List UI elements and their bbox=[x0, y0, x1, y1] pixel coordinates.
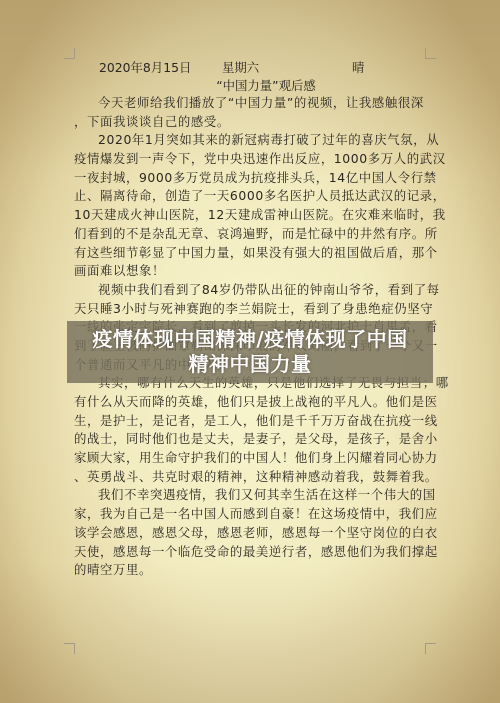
essay-line: 天只睡3小时与死神赛跑的李兰娟院士，看到了身患绝症仍坚守 bbox=[74, 300, 434, 319]
essay-line: 10天建成火神山医院，12天建成雷神山医院。在灾难来临时，我 bbox=[74, 206, 434, 225]
essay-line: 2020年1月突如其来的新冠病毒打破了过年的喜庆气氛，从 bbox=[74, 131, 434, 150]
essay-line: 一夜封城，9000多万党员成为抗疫排头兵，14亿中国人令行禁 bbox=[74, 169, 434, 188]
essay-line: 止、隔离待命，创造了一天6000多名医护人员抵达武汉的记录， bbox=[74, 187, 434, 206]
essay-line: 我们不幸突遇疫情，我们又何其幸生活在这样一个伟大的国 bbox=[74, 486, 434, 505]
diary-weekday: 星期六 bbox=[222, 59, 259, 77]
essay-line: 家顾大家，用生命守护我们的中国人！他们身上闪耀着同心协力 bbox=[74, 449, 434, 468]
caption-line-2: 精神中国力量 bbox=[67, 352, 433, 377]
essay-line: 今天老师给我们播放了“中国力量”的视频，让我感触很深 bbox=[74, 94, 434, 113]
essay-line: 、英勇战斗、共克时艰的精神，这种精神感动着我，鼓舞着我。 bbox=[74, 468, 434, 487]
essay-line: 的晴空万里。 bbox=[74, 561, 434, 580]
corner-mark-top-left bbox=[64, 48, 75, 59]
corner-mark-top-right bbox=[425, 48, 436, 59]
corner-mark-bottom-right bbox=[425, 643, 436, 654]
essay-line: ，下面我谈谈自己的感受。 bbox=[74, 113, 434, 132]
diary-header: 2020年8月15日 星期六 晴 bbox=[74, 59, 434, 77]
essay-line: 生，是护士，是记者，是工人，他们是千千万万奋战在抗疫一线 bbox=[74, 412, 434, 431]
caption-text: 疫情体现中国精神/疫情体现了中国 精神中国力量 bbox=[67, 321, 433, 377]
diary-date: 2020年8月15日 bbox=[99, 59, 191, 77]
essay-line: 的战士，同时他们也是丈夫，是妻子，是父母，是孩子，是舍小 bbox=[74, 430, 434, 449]
essay-line: 有这些细节彰显了中国力量，如果没有强大的祖国做后盾，那个 bbox=[74, 244, 434, 263]
essay-line: 画面难以想象！ bbox=[74, 262, 434, 281]
caption-line-1: 疫情体现中国精神/疫情体现了中国 bbox=[67, 327, 433, 352]
essay-line: 们看到的不是杂乱无章、哀鸿遍野，而是忙碌中的井然有序。所 bbox=[74, 225, 434, 244]
essay-line: 有什么从天而降的英雄，他们只是披上战袍的平凡人。他们是医 bbox=[74, 393, 434, 412]
essay-document: 2020年8月15日 星期六 晴 “中国力量”观后感 今天老师给我们播放了“中国… bbox=[74, 59, 434, 580]
essay-line: 疫情爆发到一声令下，党中央迅速作出反应，1000多万人的武汉 bbox=[74, 150, 434, 169]
corner-mark-bottom-left bbox=[64, 643, 75, 654]
essay-title: “中国力量”观后感 bbox=[98, 77, 434, 94]
essay-line: 该学会感恩，感恩父母，感恩老师，感恩每一个坚守岗位的白衣 bbox=[74, 524, 434, 543]
essay-line: 家，我为自己是一名中国人而感到自豪！在这场疫情中，我们应 bbox=[74, 505, 434, 524]
diary-weather: 晴 bbox=[352, 59, 364, 77]
essay-line: 天使，感恩每一个临危受命的最美逆行者，感恩他们为我们撑起 bbox=[74, 543, 434, 562]
essay-line: 视频中我们看到了84岁仍带队出征的钟南山爷爷，看到了每 bbox=[74, 281, 434, 300]
